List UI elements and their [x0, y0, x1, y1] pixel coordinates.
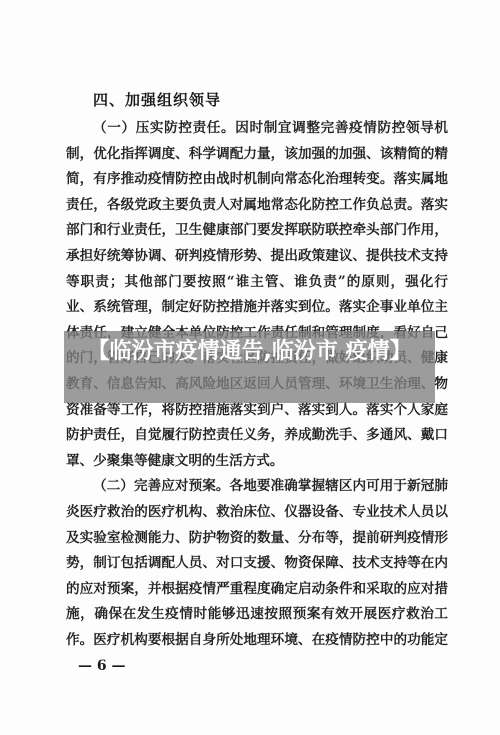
text-line: （一）压实防控责任。因时制宜调整完善疫情防控领导机	[66, 116, 448, 142]
text-line: 作。医疗机构要根据自身所处地理环境、在疫情防控中的功能定	[66, 628, 448, 654]
text-line: 承担好统筹协调、研判疫情形势、提出政策建议、提供技术支持	[66, 244, 448, 270]
text-line: 炎医疗救治的医疗机构、救治床位、仪器设备、专业技术人员以	[66, 500, 448, 526]
text-line: 等职责；其他部门要按照“谁主管、谁负责”的原则，强化行	[66, 270, 448, 296]
text-line: 简，有序推动疫情防控由战时机制向常态化治理转变。落实属地	[66, 167, 448, 193]
text-line: 及实验室检测能力、防护物资的数量、分布等，提前研判疫情形	[66, 526, 448, 552]
text-line: 制，优化指挥调度、科学调配力量，该加强的加强、该精简的精	[66, 142, 448, 168]
text-line: 施，确保在发生疫情时能够迅速按照预案有效开展医疗救治工	[66, 602, 448, 628]
document-page: 四、加强组织领导 （一）压实防控责任。因时制宜调整完善疫情防控领导机 制，优化指…	[0, 0, 500, 735]
text-line: （二）完善应对预案。各地要准确掌握辖区内可用于新冠肺	[66, 474, 448, 500]
text-line: 部门和行业责任，卫生健康部门要发挥联防联控牵头部门作用，	[66, 218, 448, 244]
text-line: 势，制订包括调配人员、对口支援、物资保障、技术支持等在内	[66, 551, 448, 577]
section-heading: 四、加强组织领导	[93, 89, 221, 110]
text-line: 防护责任，自觉履行防控责任义务，养成勤洗手、多通风、戴口	[66, 423, 448, 449]
text-line: 责任，各级党政主要负责人对属地常态化防控工作负总责。落实	[66, 193, 448, 219]
page-number: — 6 —	[78, 658, 126, 674]
text-line: 的应对预案，并根据疫情严重程度确定启动条件和采取的应对措	[66, 577, 448, 603]
text-line: 罩、少聚集等健康文明的生活方式。	[66, 449, 448, 475]
text-line: 业、系统管理，制定好防控措施并落实到位。落实企事业单位主	[66, 295, 448, 321]
overlay-title: 【临汾市疫情通告,临汾市 疫情】	[64, 331, 435, 367]
